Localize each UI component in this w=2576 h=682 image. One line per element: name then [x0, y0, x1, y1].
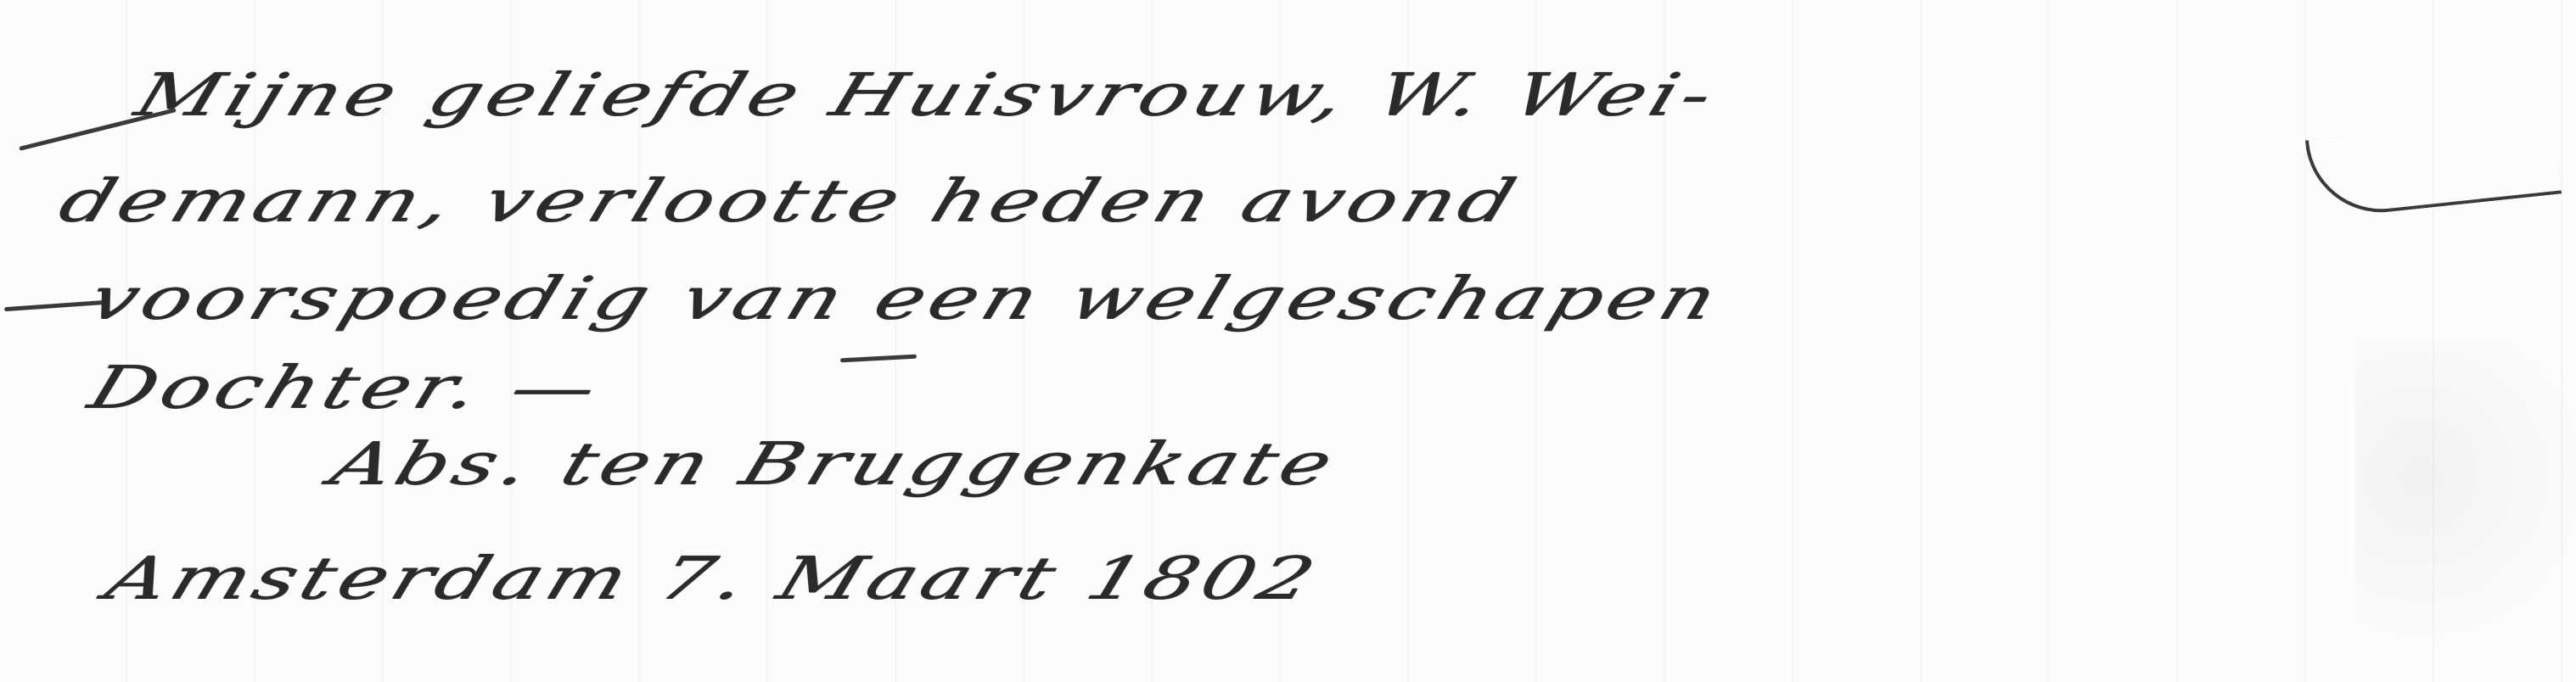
letter-line-3: voorspoedig van een welgeschapen [81, 264, 1730, 333]
place-and-date: Amsterdam 7. Maart 1802 [98, 544, 1328, 612]
letter-line-1: Mijne geliefde Huisvrouw, W. Wei- [127, 60, 1726, 129]
paper-speckle [2355, 339, 2576, 682]
signature: Abs. ten Bruggenkate [323, 429, 1346, 498]
letter-line-4: Dochter. — [81, 353, 610, 422]
letter-line-2: demann, verlootte heden avond [51, 166, 1529, 235]
